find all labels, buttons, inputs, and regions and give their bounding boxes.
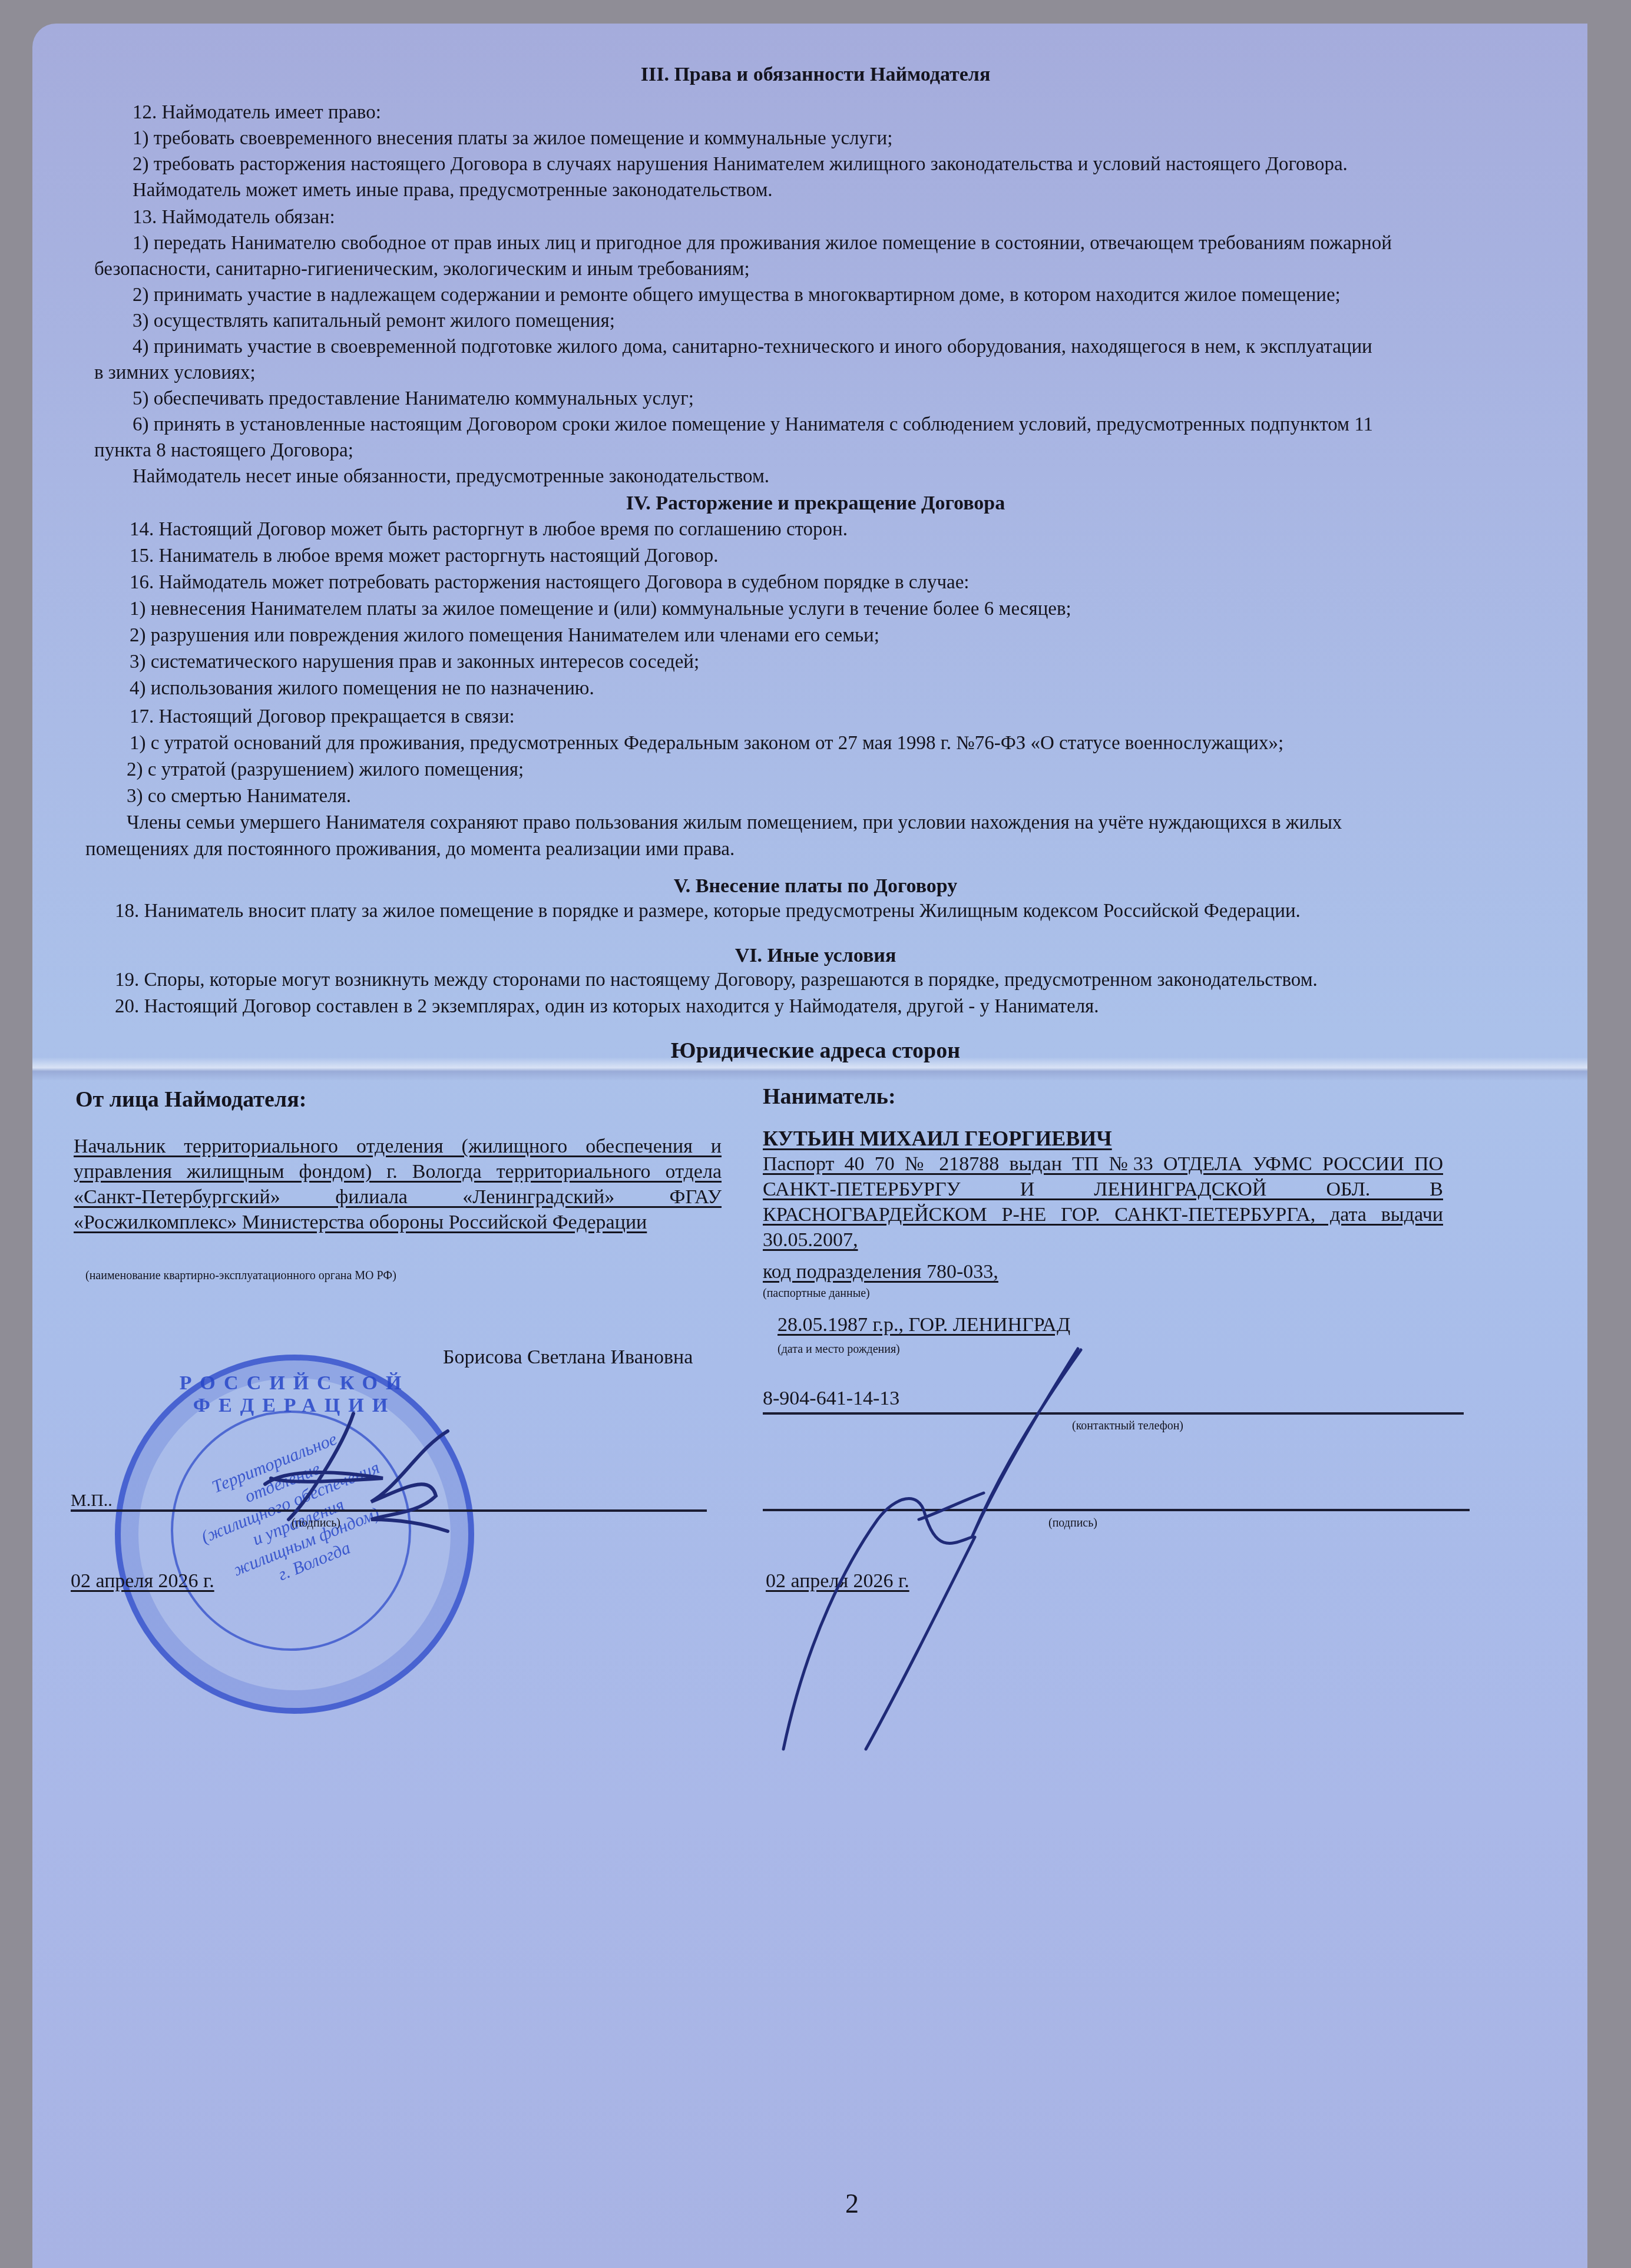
clause-line: 5) обеспечивать предоставление Нанимател…	[133, 388, 694, 411]
clause-line: 1) невнесения Нанимателем платы за жилое…	[130, 598, 1071, 621]
clause-line: помещениях для постоянного проживания, д…	[85, 838, 735, 862]
clause-line: 1) требовать своевременного внесения пла…	[133, 127, 892, 151]
clause-line: в зимних условиях;	[94, 362, 256, 385]
landlord-signer-name: Борисова Светлана Ивановна	[443, 1346, 693, 1370]
clause-line: 15. Наниматель в любое время может расто…	[130, 545, 718, 568]
tenant-full-name: КУТЬИН МИХАИЛ ГЕОРГИЕВИЧ	[763, 1126, 1112, 1151]
clause-line: 19. Споры, которые могут возникнуть межд…	[115, 969, 1318, 992]
clause-line: 16. Наймодатель может потребовать растор…	[130, 571, 970, 595]
tenant-heading: Наниматель:	[763, 1084, 896, 1110]
clause-line: пункта 8 настоящего Договора;	[94, 439, 353, 463]
tenant-passport: Паспорт 40 70 № 218788 выдан ТП №33 ОТДЕ…	[763, 1151, 1443, 1253]
clause-line: 14. Настоящий Договор может быть расторг…	[130, 518, 848, 542]
clause-line: 1) с утратой оснований для проживания, п…	[130, 732, 1283, 756]
page-number: 2	[845, 2188, 859, 2219]
tenant-subdivision-code: код подразделения 780-033,	[763, 1260, 998, 1284]
clause-line: 2) принимать участие в надлежащем содерж…	[133, 284, 1341, 307]
clause-line: 4) использования жилого помещения не по …	[130, 677, 594, 701]
tenant-birth: 28.05.1987 г.р., ГОР. ЛЕНИНГРАД	[778, 1313, 1070, 1337]
landlord-date: 02 апреля 2026 г.	[71, 1570, 214, 1594]
clause-line: 13. Наймодатель обязан:	[133, 206, 335, 230]
landlord-organization: Начальник территориального отделения (жи…	[74, 1134, 722, 1235]
tenant-signature	[742, 1343, 1154, 1755]
clause-line: 6) принять в установленные настоящим Дог…	[133, 413, 1373, 437]
clause-line: 18. Наниматель вносит плату за жилое пом…	[115, 900, 1301, 923]
clause-line: 2) требовать расторжения настоящего Дого…	[133, 153, 1348, 177]
clause-line: безопасности, санитарно-гигиеническим, э…	[94, 258, 750, 282]
clause-line: 12. Наймодатель имеет право:	[133, 101, 381, 125]
section-6-title: VI. Иные условия	[0, 945, 1631, 967]
stamp-label: М.П..	[71, 1490, 113, 1511]
section-3-title: III. Права и обязанности Наймодателя	[0, 64, 1631, 86]
landlord-heading: От лица Наймодателя:	[75, 1087, 306, 1113]
tenant-passport-caption: (паспортные данные)	[763, 1287, 870, 1300]
section-5-title: V. Внесение платы по Договору	[0, 875, 1631, 898]
clause-line: Наймодатель несет иные обязанности, пред…	[133, 465, 769, 489]
landlord-organization-caption: (наименование квартирно-эксплуатационног…	[85, 1269, 396, 1283]
section-4-title: IV. Расторжение и прекращение Договора	[0, 492, 1631, 515]
addresses-title: Юридические адреса сторон	[0, 1038, 1631, 1064]
clause-line: 20. Настоящий Договор составлен в 2 экзе…	[115, 995, 1099, 1019]
clause-line: 17. Настоящий Договор прекращается в свя…	[130, 706, 515, 729]
clause-line: 4) принимать участие в своевременной под…	[133, 336, 1372, 359]
clause-line: Члены семьи умершего Нанимателя сохраняю…	[127, 812, 1342, 835]
clause-line: Наймодатель может иметь иные права, пред…	[133, 179, 773, 203]
clause-line: 3) осуществлять капитальный ремонт жилог…	[133, 310, 615, 333]
clause-line: 3) со смертью Нанимателя.	[127, 785, 351, 809]
clause-line: 3) систематического нарушения прав и зак…	[130, 651, 699, 674]
clause-line: 1) передать Нанимателю свободное от прав…	[133, 232, 1392, 256]
clause-line: 2) с утратой (разрушением) жилого помеще…	[127, 759, 524, 782]
clause-line: 2) разрушения или повреждения жилого пом…	[130, 624, 879, 648]
landlord-signature	[253, 1402, 454, 1543]
